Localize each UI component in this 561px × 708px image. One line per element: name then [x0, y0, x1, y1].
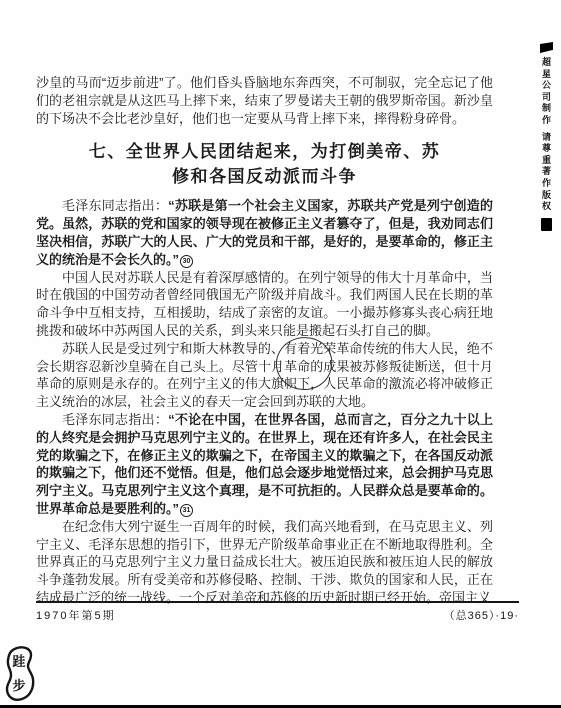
footer: 1970年第5期 （总365）·19· [36, 607, 519, 623]
watermark-char: 星 [542, 69, 551, 81]
body-text: 毛泽东同志指出： [62, 412, 168, 427]
watermark-char: 权 [542, 201, 551, 213]
text-column: 沙皇的马而“迈步前进”了。他们昏头昏脑地东奔西突，不可制驭，完全忘记了他们的老祖… [36, 74, 493, 607]
footnote-marker: 30 [180, 255, 193, 268]
quote-text: “不论在中国，在世界各国，总而言之，百分之九十以上的人终究是会拥护马克思列宁主义… [36, 412, 493, 516]
scanned-magazine-page: 沙皇的马而“迈步前进”了。他们昏头昏脑地东奔西突，不可制驭，完全忘记了他们的老祖… [0, 0, 561, 708]
section-heading-line2: 修和各国反动派而斗争 [36, 164, 493, 189]
watermark-text: 超星公司制作请尊重著作版权 [542, 57, 551, 213]
watermark-char: 作 [542, 115, 551, 127]
flag-icon [540, 42, 553, 53]
watermark-char: 超 [542, 57, 551, 69]
watermark-char: 著 [542, 166, 551, 178]
watermark-char: 重 [542, 155, 551, 167]
body-text: 在纪念伟大列宁诞生一百周年的时候，我们高兴地看到，在马克思主义、列宁主义、毛泽东… [36, 519, 493, 605]
seal-stamp: 跬 步 [3, 645, 37, 703]
paragraph-china-soviet-friendship: 中国人民对苏联人民是有着深厚感情的。在列宁领导的伟大十月革命中，当时在俄国的中国… [36, 269, 493, 340]
paragraph-mao-quote-2: 毛泽东同志指出：“不论在中国，在世界各国，总而言之，百分之九十以上的人终究是会拥… [36, 411, 493, 518]
paragraph-lenin-centenary: 在纪念伟大列宁诞生一百周年的时候，我们高兴地看到，在马克思主义、列宁主义、毛泽东… [36, 518, 493, 607]
watermark-char: 公 [542, 80, 551, 92]
seal-char-1: 跬 [12, 654, 25, 669]
watermark-end-block-icon [541, 218, 552, 231]
watermark-char: 司 [542, 92, 551, 104]
watermark-char: 制 [542, 103, 551, 115]
watermark-char: 作 [542, 178, 551, 190]
body-text: 中国人民对苏联人民是有着深厚感情的。在列宁领导的伟大十月革命中，当时在俄国的中国… [36, 270, 493, 338]
watermark-char: 版 [542, 190, 551, 202]
paragraph-mao-quote-1: 毛泽东同志指出：“苏联是第一个社会主义国家，苏联共产党是列宁创造的党。虽然，苏联… [36, 197, 493, 268]
footer-rule [36, 601, 519, 603]
section-heading: 七、全世界人民团结起来，为打倒美帝、苏 修和各国反动派而斗争 [36, 139, 493, 189]
continuation-paragraph: 沙皇的马而“迈步前进”了。他们昏头昏脑地东奔西突，不可制驭，完全忘记了他们的老祖… [36, 74, 493, 127]
body-text: 毛泽东同志指出： [62, 198, 168, 213]
page-number: （总365）·19· [444, 607, 519, 623]
seal-char-2: 步 [12, 678, 25, 693]
body-text: 苏联人民是受过列宁和斯大林教导的、有着光荣革命传统的伟大人民，绝不会长期容忍新沙… [36, 341, 493, 409]
issue-label: 1970年第5期 [36, 607, 116, 623]
watermark-char: 尊 [542, 143, 551, 155]
section-heading-line1: 七、全世界人民团结起来，为打倒美帝、苏 [36, 139, 493, 164]
watermark-char: 请 [542, 132, 551, 144]
paragraph-soviet-people: 苏联人民是受过列宁和斯大林教导的、有着光荣革命传统的伟大人民，绝不会长期容忍新沙… [36, 340, 493, 411]
footnote-marker: 31 [180, 504, 193, 517]
chaoxing-watermark: 超星公司制作请尊重著作版权 [539, 42, 554, 231]
